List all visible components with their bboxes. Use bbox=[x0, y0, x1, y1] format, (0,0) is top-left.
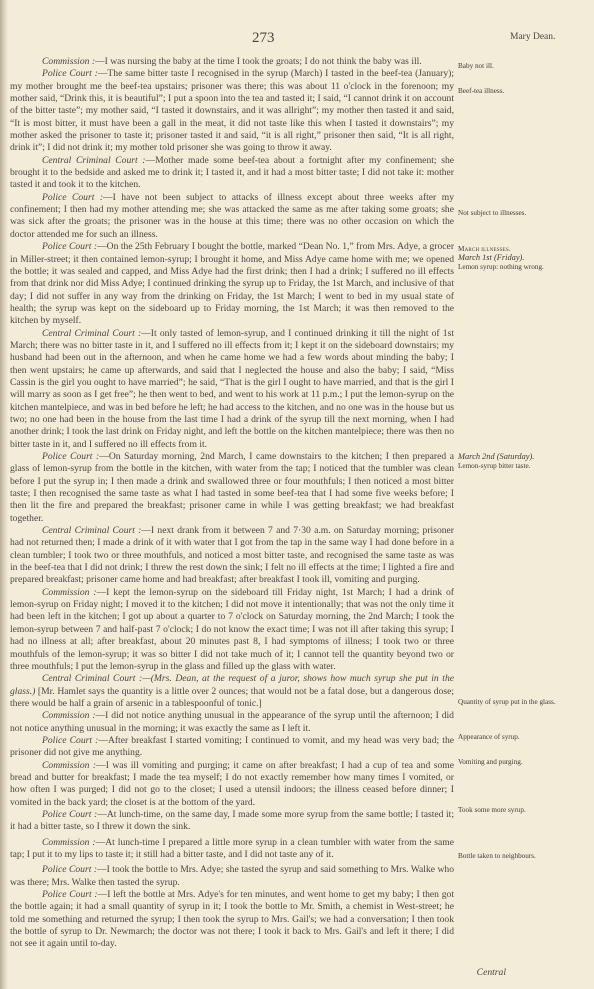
margin-note: Baby not ill. bbox=[458, 62, 588, 70]
margin-note-text: Lemon-syrup bitter taste. bbox=[458, 462, 588, 470]
testimony-text: —I kept the lemon-syrup on the sideboard… bbox=[10, 587, 454, 672]
page-number: 273 bbox=[252, 30, 275, 47]
court-label: Commission : bbox=[42, 56, 95, 67]
court-label: Police Court : bbox=[42, 889, 98, 900]
testimony-paragraph: Police Court :—The same bitter taste I r… bbox=[10, 68, 454, 154]
testimony-paragraph: Police Court :—On Saturday morning, 2nd … bbox=[10, 451, 454, 525]
margin-note: March 2nd (Saturday).Lemon-syrup bitter … bbox=[458, 452, 588, 470]
running-head: Mary Dean. bbox=[510, 32, 555, 42]
page-header: 273 Mary Dean. bbox=[0, 30, 594, 46]
court-label: Central Criminal Court : bbox=[42, 525, 141, 536]
testimony-paragraph: Central Criminal Court :—I next drank fr… bbox=[10, 525, 454, 587]
testimony-text: —The same bitter taste I recognised in t… bbox=[10, 68, 454, 153]
margin-note: Beef-tea illness. bbox=[458, 87, 588, 95]
court-label: Central Criminal Court : bbox=[42, 328, 141, 339]
court-label: Police Court : bbox=[42, 735, 98, 746]
court-label: Police Court : bbox=[42, 68, 98, 79]
testimony-paragraph: Central Criminal Court :—(Mrs. Dean, at … bbox=[10, 673, 454, 710]
testimony-paragraph: Police Court :—I have not been subject t… bbox=[10, 192, 454, 241]
margin-note: Not subject to illnesses. bbox=[458, 209, 588, 217]
court-label: Commission : bbox=[42, 760, 96, 771]
margin-note-text: Baby not ill. bbox=[458, 62, 588, 70]
testimony-paragraph: Commission :—I did not notice anything u… bbox=[10, 710, 454, 735]
testimony-paragraph: Police Court :—After breakfast I started… bbox=[10, 735, 454, 760]
court-label: Commission : bbox=[42, 710, 96, 721]
testimony-text: [Mr. Hamlet says the quantity is a littl… bbox=[10, 686, 454, 709]
court-label: Police Court : bbox=[42, 241, 97, 252]
margin-note: Took some more syrup. bbox=[458, 806, 588, 814]
margin-note-text: Appearance of syrup. bbox=[458, 733, 588, 741]
testimony-paragraph: Police Court :—I took the bottle to Mrs.… bbox=[10, 864, 454, 889]
margin-note-text: Lemon syrup: nothing wrong. bbox=[458, 263, 588, 271]
margin-note-text: Not subject to illnesses. bbox=[458, 209, 588, 217]
testimony-paragraph: Central Criminal Court :—It only tasted … bbox=[10, 328, 454, 451]
margin-note-text: Quantity of syrup put in the glass. bbox=[458, 698, 588, 706]
margin-note-text: Beef-tea illness. bbox=[458, 87, 588, 95]
testimony-paragraph: Central Criminal Court :—Mother made som… bbox=[10, 155, 454, 192]
margin-note-date: March 1st (Friday). bbox=[458, 253, 588, 263]
margin-note: March illnesses.March 1st (Friday).Lemon… bbox=[458, 245, 588, 272]
testimony-paragraph: Commission :—I was nursing the baby at t… bbox=[10, 56, 454, 68]
testimony-paragraph: Commission :—I kept the lemon-syrup on t… bbox=[10, 587, 454, 673]
court-label: Police Court : bbox=[42, 192, 103, 203]
court-label: Central Criminal Court : bbox=[42, 155, 145, 166]
document-page: 273 Mary Dean. Commission :—I was nursin… bbox=[0, 0, 594, 989]
court-label: Central Criminal Court : bbox=[42, 673, 142, 684]
testimony-paragraph: Police Court :—At lunch-time, on the sam… bbox=[10, 809, 454, 834]
margin-note-text: Vomiting and purging. bbox=[458, 758, 588, 766]
court-label: Commission : bbox=[42, 587, 97, 598]
margin-note: Quantity of syrup put in the glass. bbox=[458, 698, 588, 706]
testimony-paragraph: Commission :—I was ill vomiting and purg… bbox=[10, 760, 454, 809]
margin-note: Vomiting and purging. bbox=[458, 758, 588, 766]
margin-note-text: Bottle taken to neighbours. bbox=[458, 852, 588, 860]
court-label: Commission : bbox=[42, 837, 96, 848]
testimony-paragraph: Police Court :—I left the bottle at Mrs.… bbox=[10, 889, 454, 951]
catchword: Central bbox=[477, 967, 506, 978]
margin-note-date: March 2nd (Saturday). bbox=[458, 452, 588, 462]
testimony-text: —On the 25th February I bought the bottl… bbox=[10, 241, 454, 326]
testimony-paragraph: Commission :—At lunch-time I prepared a … bbox=[10, 837, 454, 862]
testimony-paragraph: Police Court :—On the 25th February I bo… bbox=[10, 241, 454, 327]
court-label: Police Court : bbox=[42, 864, 97, 875]
margin-note-text: Took some more syrup. bbox=[458, 806, 588, 814]
margin-note-heading: March illnesses. bbox=[458, 245, 588, 253]
margin-note: Appearance of syrup. bbox=[458, 733, 588, 741]
testimony-text: —It only tasted of lemon-syrup, and I co… bbox=[10, 328, 454, 450]
margin-note: Bottle taken to neighbours. bbox=[458, 852, 588, 860]
testimony-text: —I was nursing the baby at the time I to… bbox=[95, 56, 422, 67]
testimony-body: Commission :—I was nursing the baby at t… bbox=[10, 56, 454, 951]
court-label: Police Court : bbox=[42, 451, 99, 462]
court-label: Police Court : bbox=[42, 809, 97, 820]
